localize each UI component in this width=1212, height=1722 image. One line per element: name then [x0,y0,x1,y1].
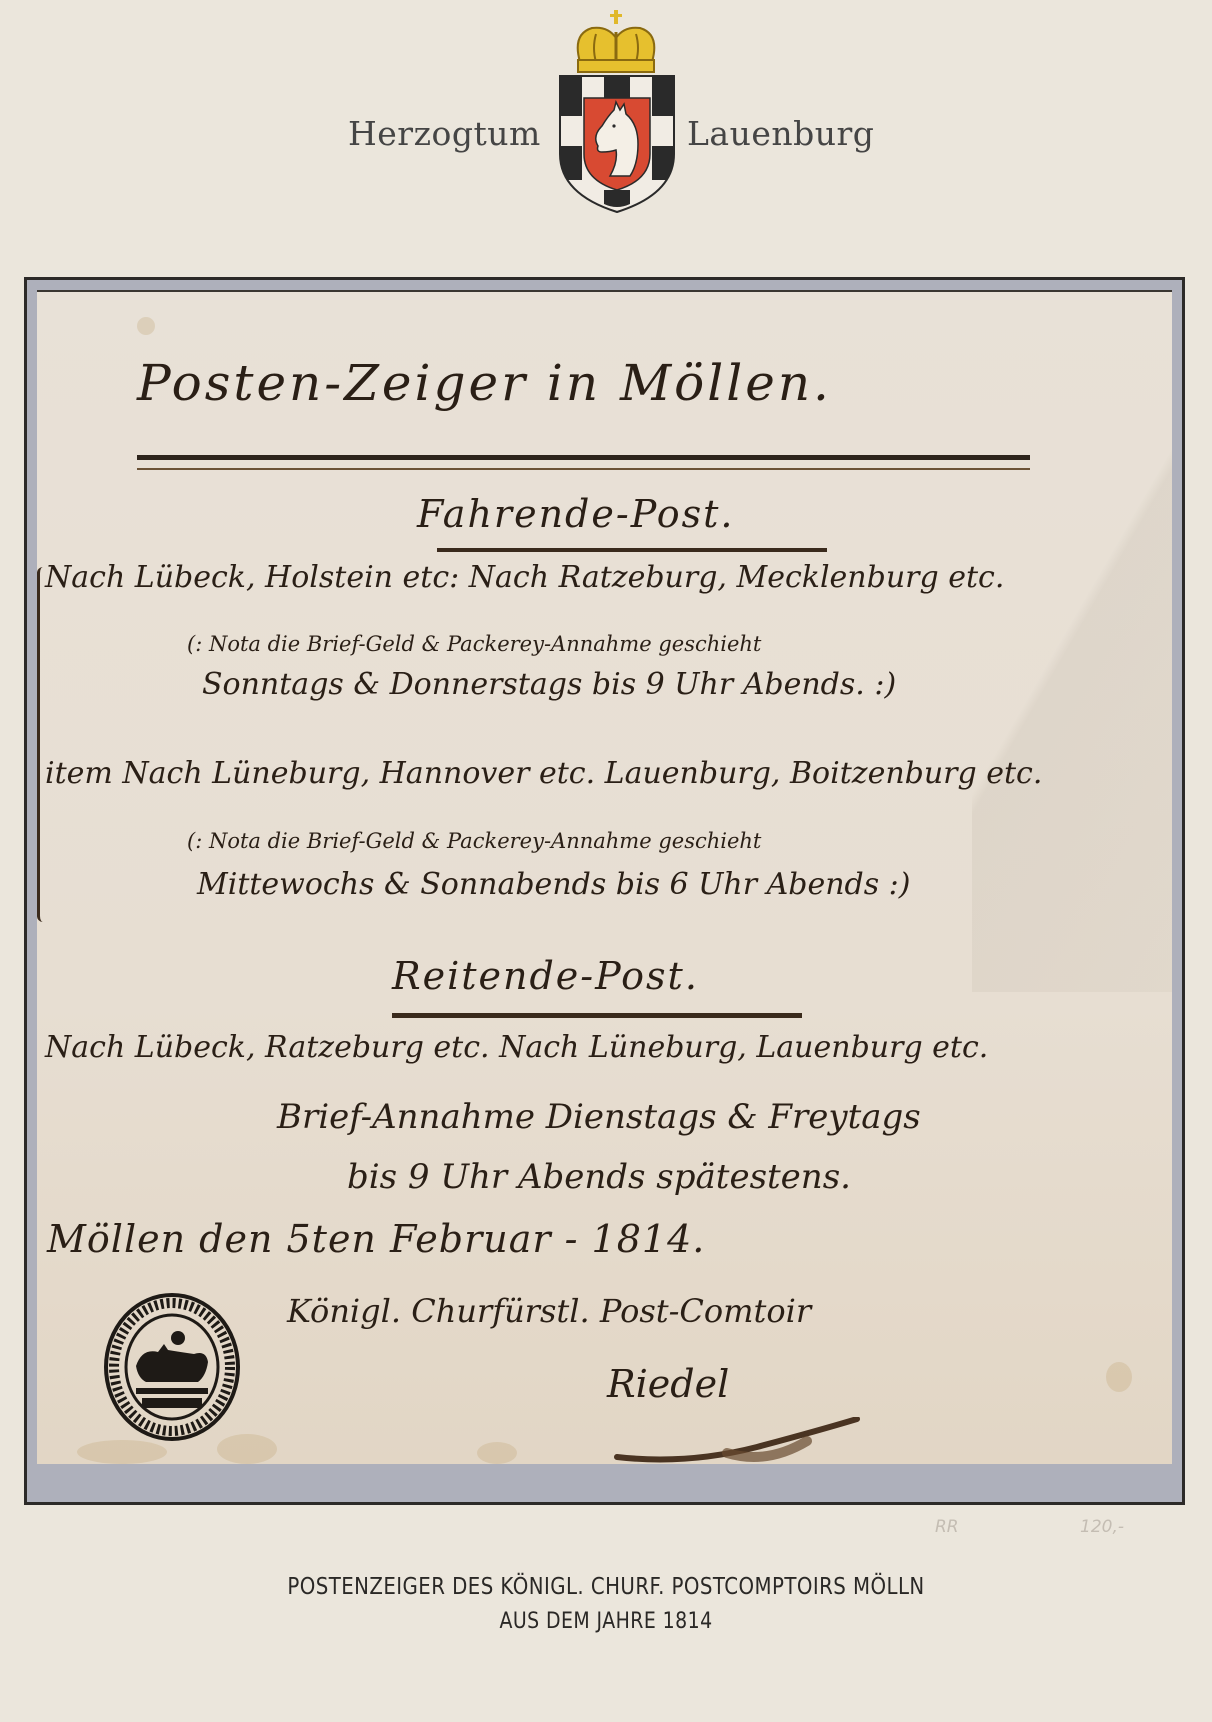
crown-icon [578,10,655,72]
paper-fold-shadow [972,292,1172,992]
document-mount-frame: Posten-Zeiger in Möllen. Fahrende-Post. … [24,277,1185,1505]
caption-line-2: AUS DEM JAHRE 1814 [85,1609,1127,1634]
album-page-header: Herzogtum Lauenburg [0,0,1212,250]
date-line: Möllen den 5ten Februar - 1814. [47,1217,705,1261]
signature: Riedel [607,1362,729,1406]
caption-line-1: POSTENZEIGER DES KÖNIGL. CHURF. POSTCOMP… [85,1574,1127,1600]
section-rule [437,548,827,552]
time-line: bis 9 Uhr Abends spätestens. [347,1157,851,1197]
days-line: Mittewochs & Sonnabends bis 6 Uhr Abends… [197,867,911,902]
historic-document: Posten-Zeiger in Möllen. Fahrende-Post. … [37,290,1172,1464]
section-rule [392,1013,802,1018]
section-heading-reitende-post: Reitende-Post. [392,954,699,998]
section-heading-fahrende-post: Fahrende-Post. [417,492,734,536]
paper-stain [77,1440,167,1464]
office-line: Königl. Churfürstl. Post-Comtoir [287,1292,811,1330]
route-line: item Nach Lüneburg, Hannover etc. Lauenb… [45,756,1042,791]
paper-stain [477,1442,517,1464]
note-line: (: Nota die Brief-Geld & Packerey-Annahm… [187,632,761,656]
route-line: Nach Lübeck, Ratzeburg etc. Nach Lünebur… [45,1030,988,1065]
route-line: Nach Lübeck, Holstein etc: Nach Ratzebur… [45,560,1004,595]
days-line: Brief-Annahme Dienstags & Freytags [277,1097,921,1137]
paper-stain [137,317,155,335]
pencil-note: 120,- [1080,1517,1124,1537]
bracket-mark [37,567,46,922]
post-seal-icon [102,1292,242,1442]
document-title: Posten-Zeiger in Möllen. [137,354,832,412]
title-rule-thick [137,455,1030,460]
title-rule-thin [137,468,1030,470]
signature-flourish-icon [607,1417,867,1464]
note-line: (: Nota die Brief-Geld & Packerey-Annahm… [187,829,761,853]
coat-of-arms-icon [558,4,678,214]
header-left-word: Herzogtum [348,114,541,153]
pencil-note: RR [935,1517,959,1537]
days-line: Sonntags & Donnerstags bis 9 Uhr Abends.… [202,667,896,702]
paper-stain [1106,1362,1132,1392]
shield-icon [560,76,674,212]
header-right-word: Lauenburg [687,114,874,153]
